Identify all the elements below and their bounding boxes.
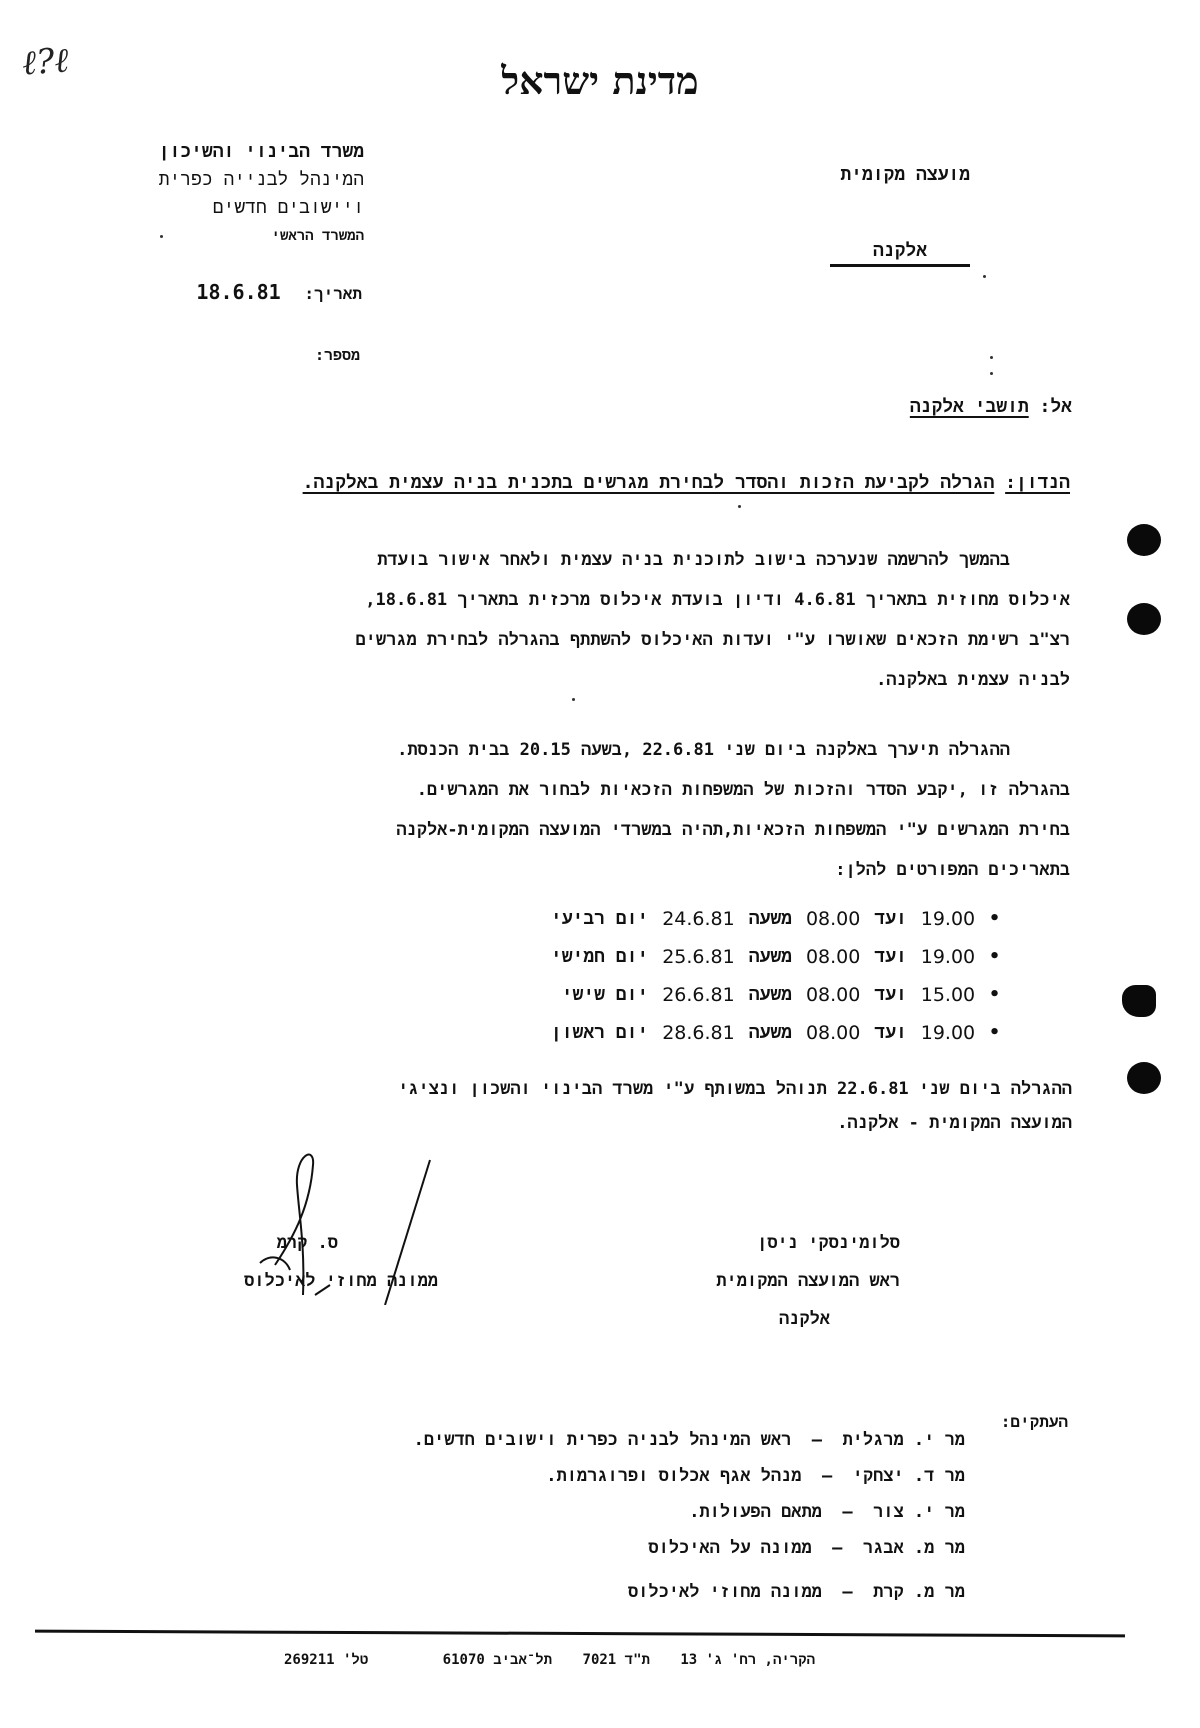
schedule-from-label: משעה — [749, 938, 792, 976]
cc-recipient-role: ממונה על האיכלוס — [648, 1538, 811, 1558]
addressee-value: תושבי אלקנה — [910, 396, 1029, 417]
cc-label: העתקים: — [1001, 1412, 1068, 1432]
schedule-from-label: משעה — [749, 1014, 792, 1052]
cc-recipient-list: מר י. מרגלית – ראש המינהל לבניה כפרית וי… — [414, 1422, 965, 1610]
footer-divider — [35, 1630, 1125, 1638]
footer-phone: טל' 269211 — [284, 1652, 368, 1668]
paragraph-line: בתאריכים המפורטים להלן: — [396, 850, 1070, 890]
schedule-date: 25.6.81 — [662, 938, 735, 976]
cc-recipient: מר מ. אבגר – ממונה על האיכלוס — [414, 1530, 965, 1566]
bullet-dot-icon: • — [989, 900, 1000, 938]
schedule-row: יום רביעי24.6.81משעה08.00ועד19.00• — [558, 900, 1000, 938]
signer-title: ממונה מחוזי לאיכלוס — [244, 1262, 438, 1300]
paragraph-line: ההגרלה תיערך באלקנה ביום שני 22.6.81 ,בש… — [396, 730, 1010, 770]
handwritten-archive-mark: ℓ?ℓ — [21, 40, 70, 83]
cc-recipient-name: מר מ. אבגר — [863, 1538, 965, 1558]
subject-value: הגרלה לקביעת הזכות והסדר לבחירת מגרשים ב… — [303, 472, 995, 493]
bullet-dot-icon: • — [989, 976, 1000, 1014]
addressee-row: אל: תושבי אלקנה — [910, 396, 1072, 418]
schedule-day: יום חמישי — [558, 938, 648, 976]
footer-contact: הקריה, רח' ג' 13 ת"ד 7021 תל־אביב 61070 … — [284, 1652, 815, 1669]
paragraph-line: בחירת המגרשים ע"י המשפחות הזכאיות,תהיה ב… — [396, 810, 1070, 850]
sender-ministry: משרד הבינוי והשיכון — [159, 138, 364, 166]
schedule-from-label: משעה — [749, 976, 792, 1014]
footer-city: תל־אביב 61070 — [443, 1652, 552, 1668]
scan-speck — [572, 698, 575, 701]
sender-administration-line2: ויישובים חדשים — [159, 194, 364, 222]
cc-recipient-role: מנהל אגף אכלוס ופרוגרמות. — [546, 1466, 801, 1486]
schedule-date: 28.6.81 — [662, 1014, 735, 1052]
schedule-from-label: משעה — [749, 900, 792, 938]
schedule-day: יום שישי — [558, 976, 648, 1014]
punch-hole-decoration — [1127, 603, 1161, 635]
sender-office: המשרד הראשי — [159, 222, 364, 250]
signer-place: אלקנה — [716, 1300, 830, 1338]
selection-schedule: יום רביעי24.6.81משעה08.00ועד19.00•יום חמ… — [558, 900, 1000, 1052]
date-label: תאריך: — [304, 284, 362, 303]
body-paragraph-2: ההגרלה תיערך באלקנה ביום שני 22.6.81 ,בש… — [396, 730, 1070, 890]
schedule-from-time: 08.00 — [806, 1014, 860, 1052]
addressee-label: אל: — [1040, 396, 1072, 417]
schedule-row: יום ראשון28.6.81משעה08.00ועד19.00• — [558, 1014, 1000, 1052]
punch-hole-decoration — [1127, 524, 1161, 556]
signature-block-council-head: סלומינסקי ניסן ראש המועצה המקומית אלקנה — [716, 1224, 900, 1338]
schedule-day: יום רביעי — [558, 900, 648, 938]
bullet-dot-icon: • — [989, 1014, 1000, 1052]
schedule-to-time: 15.00 — [921, 976, 975, 1014]
scan-speck — [990, 356, 993, 359]
schedule-to-time: 19.00 — [921, 1014, 975, 1052]
cc-recipient-name: מר מ. קרת — [873, 1582, 965, 1602]
subject-label: הנדון: — [1005, 472, 1070, 493]
reference-number-label: מספר: — [315, 346, 360, 365]
paragraph-line: בהמשך להרשמה שנערכה בישוב לתוכנית בניה ע… — [355, 540, 1010, 580]
schedule-to-time: 19.00 — [921, 938, 975, 976]
schedule-date: 24.6.81 — [662, 900, 735, 938]
cc-recipient: מר ד. יצחקי – מנהל אגף אכלוס ופרוגרמות. — [414, 1458, 965, 1494]
cc-recipient-role: מתאם הפעולות. — [689, 1502, 822, 1522]
schedule-from-time: 08.00 — [806, 938, 860, 976]
schedule-to-label: ועד — [874, 1014, 906, 1052]
cc-separator: – — [822, 1502, 873, 1522]
schedule-from-time: 08.00 — [806, 900, 860, 938]
schedule-day: יום ראשון — [558, 1014, 648, 1052]
schedule-to-label: ועד — [874, 976, 906, 1014]
signature-block-district-officer: ס. קרמ ממונה מחוזי לאיכלוס — [244, 1224, 438, 1300]
cc-recipient-role: ראש המינהל לבניה כפרית וישובים חדשים. — [414, 1430, 792, 1450]
paragraph-line: רצ"ב רשימת הזכאים שאושרו ע"י ועדות האיכל… — [355, 620, 1070, 660]
schedule-to-label: ועד — [874, 900, 906, 938]
cc-recipient: מר מ. קרת – ממונה מחוזי לאיכלוס — [414, 1574, 965, 1610]
scan-speck — [990, 372, 993, 375]
footer-po-box: ת"ד 7021 — [583, 1652, 650, 1668]
cc-recipient-role: ממונה מחוזי לאיכלוס — [628, 1582, 822, 1602]
paragraph-line: בהגרלה זו ,יקבע הסדר והזכות של המשפחות ה… — [396, 770, 1070, 810]
date-value: 18.6.81 — [196, 280, 280, 304]
sender-administration-line1: המינהל לבנייה כפרית — [159, 166, 364, 194]
bullet-dot-icon: • — [989, 938, 1000, 976]
schedule-row: יום חמישי25.6.81משעה08.00ועד19.00• — [558, 938, 1000, 976]
paragraph-line: איכלוס מחוזית בתאריך 4.6.81 ודיון בועדת … — [355, 580, 1070, 620]
punch-hole-decoration — [1127, 1062, 1161, 1094]
punch-hole-decoration — [1122, 985, 1156, 1017]
cc-separator: – — [822, 1582, 873, 1602]
recipient-council: מועצה מקומית — [840, 164, 970, 186]
subject-row: הנדון: הגרלה לקביעת הזכות והסדר לבחירת מ… — [303, 472, 1070, 494]
scan-speck — [160, 235, 163, 238]
cc-recipient-name: מר י. מרגלית — [842, 1430, 965, 1450]
cc-recipient: מר י. צור – מתאם הפעולות. — [414, 1494, 965, 1530]
schedule-to-label: ועד — [874, 938, 906, 976]
cc-separator: – — [791, 1430, 842, 1450]
signer-title: ראש המועצה המקומית — [716, 1262, 900, 1300]
schedule-from-time: 08.00 — [806, 976, 860, 1014]
footer-address: הקריה, רח' ג' 13 — [680, 1652, 815, 1668]
signer-name: ס. קרמ — [244, 1224, 338, 1262]
date-row: תאריך: 18.6.81 — [196, 280, 362, 304]
schedule-row: יום שישי26.6.81משעה08.00ועד15.00• — [558, 976, 1000, 1014]
body-paragraph-1: בהמשך להרשמה שנערכה בישוב לתוכנית בניה ע… — [355, 540, 1070, 700]
schedule-to-time: 19.00 — [921, 900, 975, 938]
signer-name: סלומינסקי ניסן — [716, 1224, 900, 1262]
scan-speck — [983, 275, 986, 278]
cc-separator: – — [801, 1466, 852, 1486]
sender-block: משרד הבינוי והשיכון המינהל לבנייה כפרית … — [159, 138, 364, 250]
recipient-town: אלקנה — [830, 240, 970, 267]
scan-speck — [738, 505, 741, 508]
letterhead-title: מדינת ישראל — [480, 58, 720, 104]
closing-paragraph: ההגרלה ביום שני 22.6.81 תנוהל במשותף ע"י… — [398, 1072, 1072, 1140]
closing-line: המועצה המקומית - אלקנה. — [398, 1106, 1072, 1140]
closing-line: ההגרלה ביום שני 22.6.81 תנוהל במשותף ע"י… — [398, 1072, 1072, 1106]
paragraph-line: לבניה עצמית באלקנה. — [355, 660, 1070, 700]
cc-recipient-name: מר ד. יצחקי — [853, 1466, 965, 1486]
schedule-date: 26.6.81 — [662, 976, 735, 1014]
cc-recipient: מר י. מרגלית – ראש המינהל לבניה כפרית וי… — [414, 1422, 965, 1458]
cc-recipient-name: מר י. צור — [873, 1502, 965, 1522]
cc-separator: – — [812, 1538, 863, 1558]
